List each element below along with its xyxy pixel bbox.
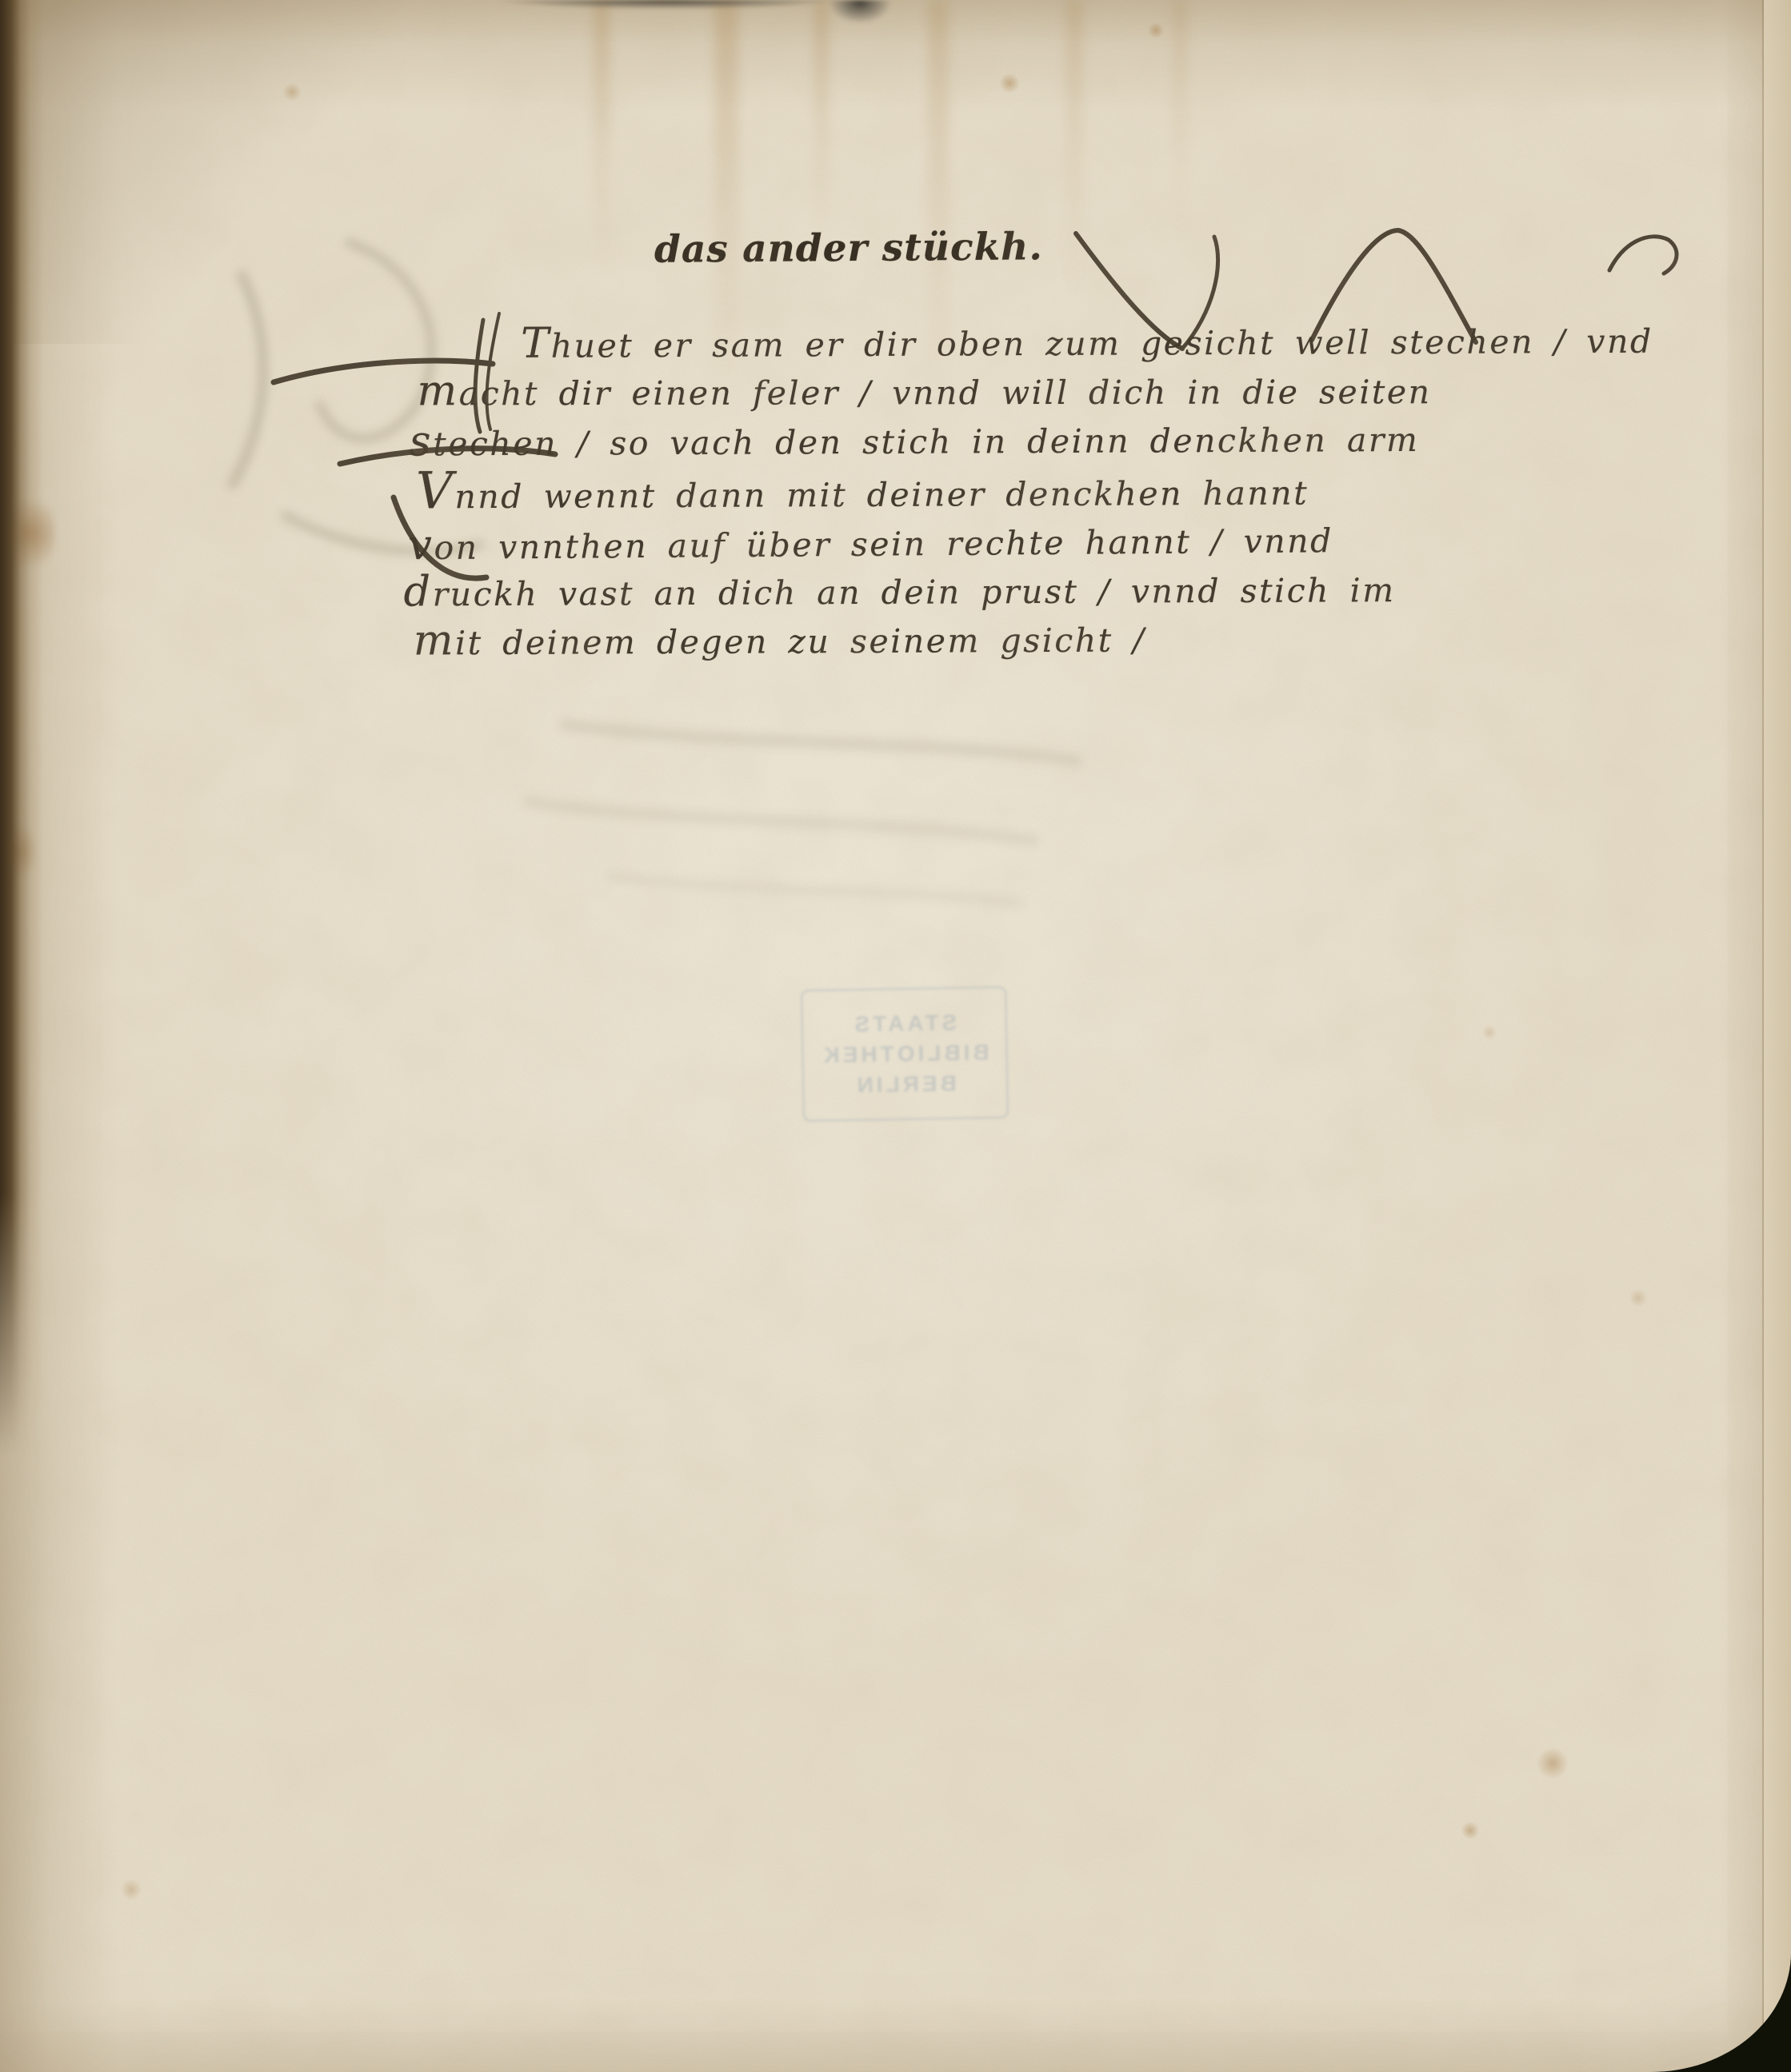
stain-spot <box>1461 1822 1480 1839</box>
text-line-4: Vnnd wennt dann mit deiner denckhen hann… <box>400 461 1696 520</box>
water-streak <box>1173 0 1187 240</box>
binding-gutter <box>0 0 43 1455</box>
stain-spot <box>120 1879 142 1900</box>
water-streak <box>814 0 829 240</box>
page-edge-right <box>1762 0 1791 2072</box>
stain-spot <box>1629 1289 1648 1307</box>
scan-background: { "page": { "kind": "handwritten manuscr… <box>0 0 1791 2072</box>
text-line-2: macht dir einen feler / vnnd will dich i… <box>399 366 1695 417</box>
text-line-6: druckh vast an dich an dein prust / vnnd… <box>400 563 1696 617</box>
stamp-line: BIBLIOTHEK <box>820 1040 989 1068</box>
section-heading: das ander stückh. <box>654 225 1043 271</box>
library-stamp-bleedthrough: STAATS BIBLIOTHEK BERLIN <box>801 986 1009 1122</box>
text-line-1: Thuet er sam er dir oben zum gesicht wel… <box>399 315 1695 369</box>
stain-spot <box>1147 22 1165 38</box>
stain-spot <box>1481 1025 1497 1040</box>
corner-shadow-top-left <box>0 0 416 344</box>
text-line-7: mit deinem degen zu seinem gsicht / <box>401 612 1697 666</box>
water-streak <box>594 0 610 264</box>
stain-spot <box>282 83 302 101</box>
manuscript-text: Thuet er sam er dir oben zum gesicht wel… <box>399 315 1697 666</box>
manuscript-page: STAATS BIBLIOTHEK BERLIN das ander stück… <box>0 0 1791 2072</box>
stamp-line: STAATS <box>851 1010 957 1037</box>
stain-spot <box>1536 1748 1569 1779</box>
stain-spot <box>998 74 1021 93</box>
stamp-line: BERLIN <box>854 1071 957 1098</box>
top-edge-smudge <box>828 0 892 24</box>
water-streak <box>1065 0 1083 304</box>
text-line-5: von vnnthen auf über sein rechte hannt /… <box>400 513 1696 572</box>
text-line-3: stechen / so vach den stich in deinn den… <box>400 413 1696 467</box>
